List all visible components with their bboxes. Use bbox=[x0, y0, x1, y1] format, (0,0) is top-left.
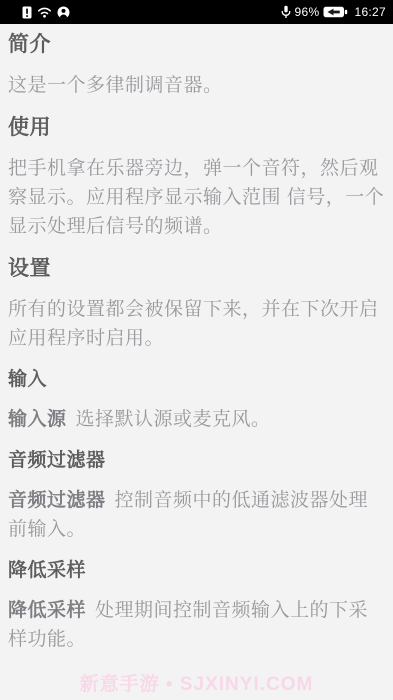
paragraph-audio-filter: 音频过滤器控制音频中的低通滤波器处理前输入。 bbox=[8, 486, 385, 544]
help-page: 简介 这是一个多律制调音器。 使用 把手机拿在乐器旁边，弹一个音符，然后观察显示… bbox=[0, 24, 393, 696]
status-bar-right: 96% 16:27 bbox=[281, 5, 386, 19]
setting-term-input-source: 输入源 bbox=[8, 409, 67, 430]
status-bar-left bbox=[22, 6, 70, 19]
clock-time: 16:27 bbox=[354, 5, 386, 19]
watermark: 新意手游 • SJXINYI.COM bbox=[8, 669, 385, 696]
sim-alert-icon bbox=[22, 6, 32, 19]
battery-percent: 96% bbox=[295, 5, 320, 19]
paragraph-intro: 这是一个多律制调音器。 bbox=[8, 71, 385, 100]
section-usage: 使用 把手机拿在乐器旁边，弹一个音符，然后观察显示。应用程序显示输入范围 信号，… bbox=[8, 115, 385, 241]
section-title-audio-filter: 音频过滤器 bbox=[8, 449, 385, 472]
section-title-usage: 使用 bbox=[8, 115, 385, 140]
section-title-intro: 简介 bbox=[8, 32, 385, 57]
section-audio-filter: 音频过滤器 音频过滤器控制音频中的低通滤波器处理前输入。 bbox=[8, 449, 385, 544]
setting-term-downsampling: 降低采样 bbox=[8, 600, 86, 621]
setting-term-audio-filter: 音频过滤器 bbox=[8, 490, 106, 511]
section-title-downsampling: 降低采样 bbox=[8, 559, 385, 582]
status-bar: 96% 16:27 bbox=[0, 0, 393, 24]
paragraph-input: 输入源选择默认源或麦克风。 bbox=[8, 405, 385, 434]
section-downsampling: 降低采样 降低采样处理期间控制音频输入上的下采样功能。 bbox=[8, 559, 385, 654]
section-input: 输入 输入源选择默认源或麦克风。 bbox=[8, 368, 385, 434]
section-settings: 设置 所有的设置都会被保留下来，并在下次开启应用程序时启用。 bbox=[8, 256, 385, 353]
app-screen: 96% 16:27 简介 这是一个多律制调音器。 使用 把手机拿在乐器旁边，弹一… bbox=[0, 0, 393, 700]
paragraph-usage: 把手机拿在乐器旁边，弹一个音符，然后观察显示。应用程序显示输入范围 信号，一个显… bbox=[8, 154, 385, 241]
user-circle-icon bbox=[57, 6, 70, 19]
microphone-icon bbox=[281, 5, 291, 19]
section-title-input: 输入 bbox=[8, 368, 385, 391]
wifi-icon bbox=[37, 6, 52, 18]
section-intro: 简介 这是一个多律制调音器。 bbox=[8, 32, 385, 100]
paragraph-downsampling: 降低采样处理期间控制音频输入上的下采样功能。 bbox=[8, 596, 385, 654]
section-title-settings: 设置 bbox=[8, 256, 385, 281]
paragraph-settings: 所有的设置都会被保留下来，并在下次开启应用程序时启用。 bbox=[8, 295, 385, 353]
battery-charging-icon bbox=[323, 6, 348, 18]
